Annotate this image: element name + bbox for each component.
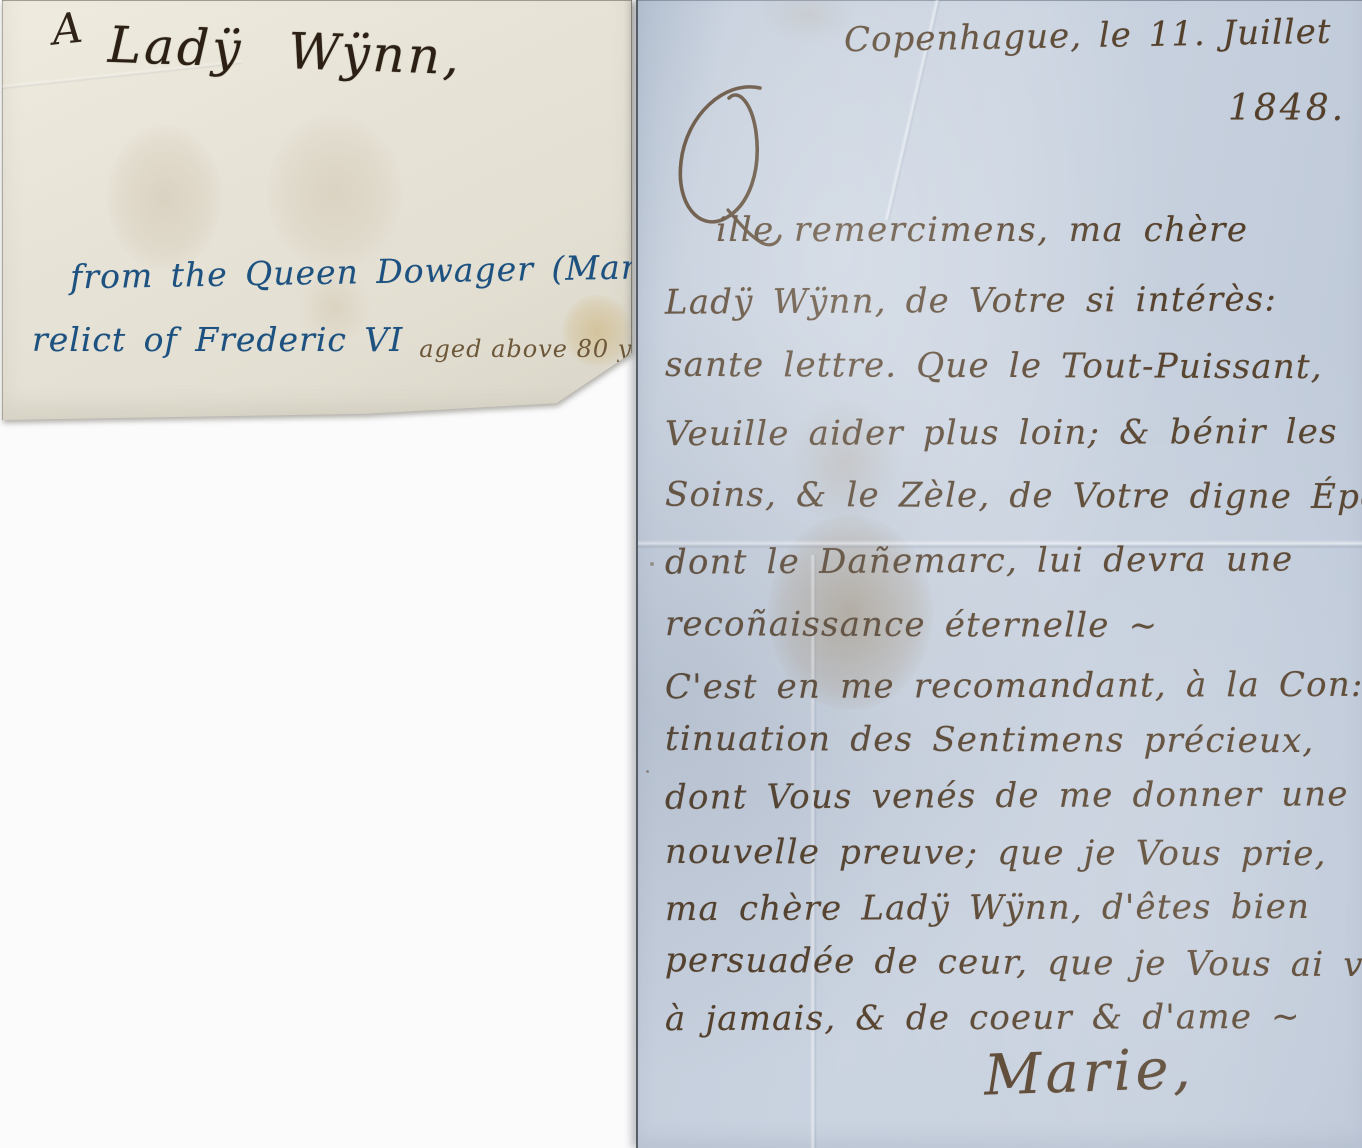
body-line: ma chère Ladÿ Wÿnn, d'êtes bien [665, 887, 1310, 929]
body-line: nouvelle preuve; que je Vous prie, [665, 832, 1327, 874]
paper-speck [646, 770, 649, 773]
envelope-leaf: A Ladÿ Wÿnn, from the Queen Dowager (Mar… [2, 0, 632, 420]
paper-speck [650, 562, 654, 566]
annotation-line2: relict of Frederic VIaged above 80 years [32, 320, 689, 359]
signature: Marie, [983, 1036, 1195, 1108]
body-line: Soins, & le Zèle, de Votre digne Époux; [665, 475, 1362, 518]
letter-scan: A Ladÿ Wÿnn, from the Queen Dowager (Mar… [0, 0, 1362, 1148]
body-line: à jamais, & de coeur & d'ame ~ [665, 997, 1301, 1039]
stain [107, 125, 222, 270]
stain [267, 115, 402, 270]
body-line: C'est en me recomandant, à la Con: [665, 665, 1362, 707]
letter-page: Copenhague, le 11. Juillet 1848. ille re… [636, 0, 1362, 1148]
body-line: persuadée de ceur, que je Vous ai voués [665, 940, 1362, 985]
body-line: dont Vous venés de me donner une [665, 774, 1349, 818]
annotation-line1: from the Queen Dowager (Marie) [70, 247, 684, 297]
annotation-line2-blue: relict of Frederic VI [32, 320, 403, 359]
dateline-year: 1848. [1228, 88, 1346, 129]
body-line: Ladÿ Wÿnn, de Votre si intérès: [665, 279, 1277, 322]
body-line: Veuille aider plus loin; & bénir les [665, 412, 1338, 454]
addressee-name: Ladÿ Wÿnn, [107, 16, 463, 86]
address-prefix: A [50, 2, 87, 54]
body-line: dont le Dañemarc, lui devra une [665, 539, 1294, 582]
envelope-leaf-wrap: A Ladÿ Wÿnn, from the Queen Dowager (Mar… [0, 0, 634, 422]
body-line: tinuation des Sentimens précieux, [665, 719, 1315, 761]
body-opening-rest: ille remercimens, ma chère [716, 210, 1249, 250]
dateline-place: Copenhague, le 11. Juillet [844, 12, 1332, 61]
body-line: recoñaissance éternelle ~ [665, 604, 1158, 646]
body-line: sante lettre. Que le Tout-Puissant, [665, 345, 1323, 387]
body-opening-line: ille remercimens, ma chère [716, 210, 1249, 250]
